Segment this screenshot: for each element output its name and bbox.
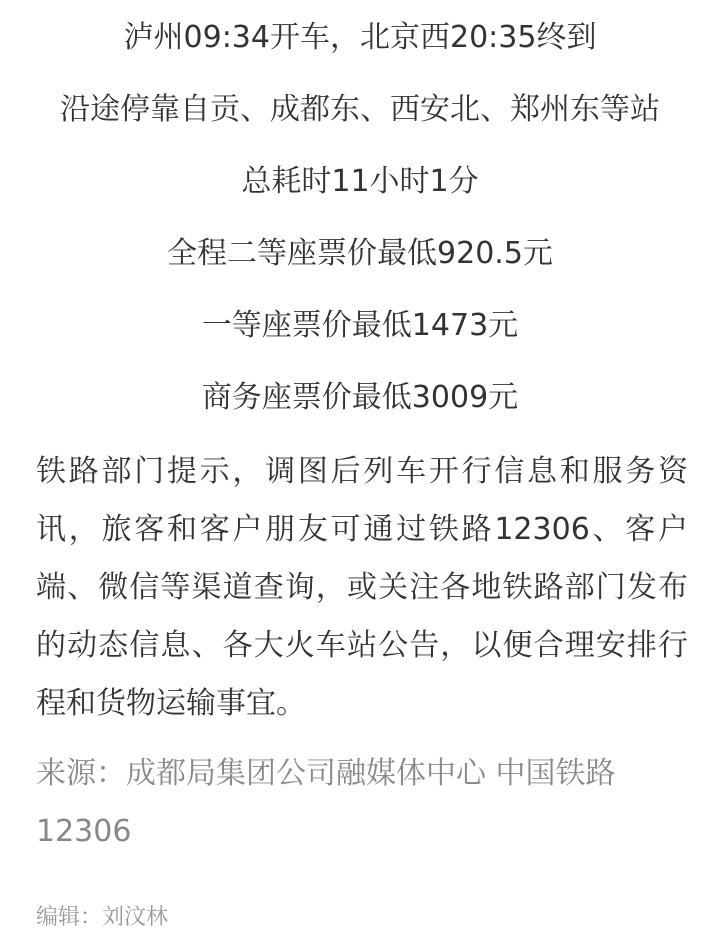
railway-notice-paragraph: 铁路部门提示，调图后列车开行信息和服务资讯，旅客和客户朋友可通过铁路12306、… [36, 443, 688, 733]
duration-line: 总耗时11小时1分 [0, 162, 720, 202]
article-source: 来源：成都局集团公司融媒体中心 中国铁路12306 [36, 745, 688, 861]
article-editor: 编辑：刘汶林 [36, 903, 168, 933]
first-class-fare-line: 一等座票价最低1473元 [0, 306, 720, 346]
second-class-fare-line: 全程二等座票价最低920.5元 [0, 234, 720, 274]
business-class-fare-line: 商务座票价最低3009元 [0, 378, 720, 418]
departure-arrival-line: 泸州09:34开车，北京西20:35终到 [0, 18, 720, 58]
stops-line: 沿途停靠自贡、成都东、西安北、郑州东等站 [0, 90, 720, 130]
